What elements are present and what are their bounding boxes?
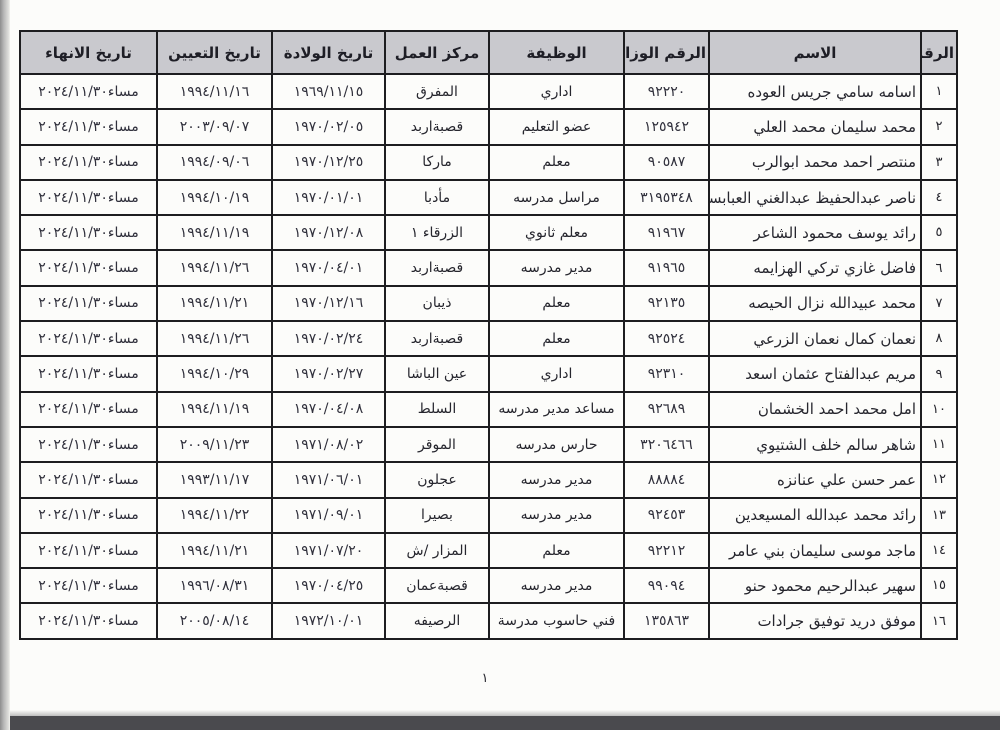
cell-job: مساعد مدير مدرسه [489,392,624,427]
cell-name: نعمان كمال نعمان الزرعي [709,321,921,356]
cell-ministry-no: ١٣٥٨٦٣ [624,603,709,638]
column-header-job: الوظيفة [489,31,624,74]
table-row: ١٢عمر حسن علي عنانزه٨٨٨٨٤مدير مدرسهعجلون… [20,462,957,497]
cell-num: ١٦ [921,603,957,638]
table-row: ١اسامه سامي جريس العوده٩٢٢٢٠اداريالمفرق١… [20,74,957,109]
cell-appoint-date: ١٩٩٤/١١/٢٦ [157,250,272,285]
cell-ministry-no: ٩٩٠٩٤ [624,568,709,603]
cell-ministry-no: ٩٠٥٨٧ [624,145,709,180]
cell-center: الرصيفه [385,603,489,638]
cell-num: ١٠ [921,392,957,427]
cell-appoint-date: ١٩٩٤/١٠/٢٩ [157,356,272,391]
cell-job: معلم [489,533,624,568]
cell-center: عين الباشا [385,356,489,391]
cell-end-date: مساء٢٠٢٤/١١/٣٠ [20,145,157,180]
cell-job: مدير مدرسه [489,498,624,533]
table-row: ٣منتصر احمد محمد ابوالرب٩٠٥٨٧معلمماركا١٩… [20,145,957,180]
cell-num: ١٤ [921,533,957,568]
cell-end-date: مساء٢٠٢٤/١١/٣٠ [20,109,157,144]
cell-job: معلم [489,321,624,356]
cell-name: امل محمد احمد الخشمان [709,392,921,427]
cell-num: ٣ [921,145,957,180]
cell-end-date: مساء٢٠٢٤/١١/٣٠ [20,286,157,321]
cell-job: حارس مدرسه [489,427,624,462]
column-header-end-date: تاريخ الانهاء [20,31,157,74]
table-header-row: الرقم الاسم الرقم الوزاري الوظيفة مركز ا… [20,31,957,74]
cell-center: عجلون [385,462,489,497]
cell-ministry-no: ٩٢٣١٠ [624,356,709,391]
cell-birth-date: ١٩٧٠/٠٢/٢٧ [272,356,385,391]
page-number: ١ [0,671,970,686]
table-row: ١٠امل محمد احمد الخشمان٩٢٦٨٩مساعد مدير م… [20,392,957,427]
cell-appoint-date: ٢٠٠٩/١١/٢٣ [157,427,272,462]
cell-num: ٨ [921,321,957,356]
cell-birth-date: ١٩٧٠/٠٤/٠١ [272,250,385,285]
scan-edge-bottom [7,716,1000,730]
cell-birth-date: ١٩٧١/٠٦/٠١ [272,462,385,497]
cell-center: قصبةاربد [385,250,489,285]
cell-appoint-date: ١٩٩٤/١١/١٩ [157,392,272,427]
cell-center: ماركا [385,145,489,180]
cell-job: مدير مدرسه [489,568,624,603]
table-row: ٩مريم عبدالفتاح عثمان اسعد٩٢٣١٠اداريعين … [20,356,957,391]
cell-end-date: مساء٢٠٢٤/١١/٣٠ [20,74,157,109]
cell-name: رائد يوسف محمود الشاعر [709,215,921,250]
cell-birth-date: ١٩٦٩/١١/١٥ [272,74,385,109]
column-header-ministry-no: الرقم الوزاري [624,31,709,74]
cell-ministry-no: ٩٢٢١٢ [624,533,709,568]
cell-appoint-date: ٢٠٠٣/٠٩/٠٧ [157,109,272,144]
table-row: ٥رائد يوسف محمود الشاعر٩١٩٦٧معلم ثانويال… [20,215,957,250]
table-row: ١١شاهر سالم خلف الشتيوي٣٢٠٦٤٦٦حارس مدرسه… [20,427,957,462]
cell-name: سهير عبدالرحيم محمود حنو [709,568,921,603]
cell-end-date: مساء٢٠٢٤/١١/٣٠ [20,356,157,391]
cell-end-date: مساء٢٠٢٤/١١/٣٠ [20,180,157,215]
cell-job: عضو التعليم [489,109,624,144]
cell-job: مراسل مدرسه [489,180,624,215]
cell-center: قصبةاربد [385,321,489,356]
cell-num: ٩ [921,356,957,391]
cell-ministry-no: ٣٢٠٦٤٦٦ [624,427,709,462]
cell-end-date: مساء٢٠٢٤/١١/٣٠ [20,533,157,568]
cell-birth-date: ١٩٧٠/٠١/٠١ [272,180,385,215]
cell-appoint-date: ١٩٩٤/١١/٢٢ [157,498,272,533]
cell-appoint-date: ١٩٩٤/١١/١٦ [157,74,272,109]
cell-birth-date: ١٩٧١/٠٨/٠٢ [272,427,385,462]
cell-num: ٢ [921,109,957,144]
cell-appoint-date: ٢٠٠٥/٠٨/١٤ [157,603,272,638]
cell-ministry-no: ٨٨٨٨٤ [624,462,709,497]
cell-ministry-no: ٣١٩٥٣٤٨ [624,180,709,215]
cell-end-date: مساء٢٠٢٤/١١/٣٠ [20,462,157,497]
table-row: ١٤ماجد موسى سليمان بني عامر٩٢٢١٢معلمالمز… [20,533,957,568]
cell-job: مدير مدرسه [489,250,624,285]
cell-name: منتصر احمد محمد ابوالرب [709,145,921,180]
cell-num: ١٢ [921,462,957,497]
cell-job: معلم [489,145,624,180]
cell-num: ١٣ [921,498,957,533]
table-row: ٤ناصر عبدالحفيظ عبدالغني العبابسه٣١٩٥٣٤٨… [20,180,957,215]
cell-center: السلط [385,392,489,427]
cell-end-date: مساء٢٠٢٤/١١/٣٠ [20,215,157,250]
cell-job: معلم [489,286,624,321]
column-header-birth-date: تاريخ الولادة [272,31,385,74]
cell-job: معلم ثانوي [489,215,624,250]
table-row: ٨نعمان كمال نعمان الزرعي٩٢٥٢٤معلمقصبةارب… [20,321,957,356]
cell-ministry-no: ٩٢١٣٥ [624,286,709,321]
cell-birth-date: ١٩٧٠/٠٢/٠٥ [272,109,385,144]
cell-num: ١١ [921,427,957,462]
cell-appoint-date: ١٩٩٣/١١/١٧ [157,462,272,497]
cell-birth-date: ١٩٧١/٠٩/٠١ [272,498,385,533]
cell-appoint-date: ١٩٩٤/٠٩/٠٦ [157,145,272,180]
cell-appoint-date: ١٩٩٤/١١/٢١ [157,533,272,568]
cell-end-date: مساء٢٠٢٤/١١/٣٠ [20,603,157,638]
cell-name: مريم عبدالفتاح عثمان اسعد [709,356,921,391]
cell-center: المفرق [385,74,489,109]
cell-end-date: مساء٢٠٢٤/١١/٣٠ [20,568,157,603]
cell-job: فني حاسوب مدرسة [489,603,624,638]
cell-center: بصيرا [385,498,489,533]
cell-name: فاضل غازي تركي الهزايمه [709,250,921,285]
cell-num: ٤ [921,180,957,215]
cell-appoint-date: ١٩٩٤/١١/٢١ [157,286,272,321]
cell-birth-date: ١٩٧٠/٠٤/٢٥ [272,568,385,603]
table-row: ٧محمد عبيدالله نزال الحيصه٩٢١٣٥معلمذيبان… [20,286,957,321]
cell-ministry-no: ٩١٩٦٧ [624,215,709,250]
cell-num: ٥ [921,215,957,250]
cell-appoint-date: ١٩٩٤/١١/١٩ [157,215,272,250]
cell-center: الموقر [385,427,489,462]
table-body: ١اسامه سامي جريس العوده٩٢٢٢٠اداريالمفرق١… [20,74,957,639]
cell-end-date: مساء٢٠٢٤/١١/٣٠ [20,498,157,533]
cell-center: قصبةعمان [385,568,489,603]
cell-ministry-no: ٩١٩٦٥ [624,250,709,285]
cell-end-date: مساء٢٠٢٤/١١/٣٠ [20,392,157,427]
cell-name: شاهر سالم خلف الشتيوي [709,427,921,462]
cell-center: مأدبا [385,180,489,215]
column-header-name: الاسم [709,31,921,74]
cell-birth-date: ١٩٧٠/٠٢/٢٤ [272,321,385,356]
cell-end-date: مساء٢٠٢٤/١١/٣٠ [20,250,157,285]
cell-center: ذيبان [385,286,489,321]
cell-name: رائد محمد عبدالله المسيعدين [709,498,921,533]
column-header-appoint-date: تاريخ التعيين [157,31,272,74]
cell-birth-date: ١٩٧٠/١٢/٠٨ [272,215,385,250]
cell-job: مدير مدرسه [489,462,624,497]
staff-table: الرقم الاسم الرقم الوزاري الوظيفة مركز ا… [19,30,958,640]
cell-birth-date: ١٩٧٢/١٠/٠١ [272,603,385,638]
cell-num: ٧ [921,286,957,321]
table-row: ١٥سهير عبدالرحيم محمود حنو٩٩٠٩٤مدير مدرس… [20,568,957,603]
cell-ministry-no: ٩٢٥٢٤ [624,321,709,356]
cell-num: ١ [921,74,957,109]
cell-birth-date: ١٩٧٠/١٢/٢٥ [272,145,385,180]
cell-ministry-no: ٩٢٢٢٠ [624,74,709,109]
scanned-document-page: الرقم الاسم الرقم الوزاري الوظيفة مركز ا… [0,0,1000,730]
cell-name: ماجد موسى سليمان بني عامر [709,533,921,568]
cell-name: محمد سليمان محمد العلي [709,109,921,144]
cell-appoint-date: ١٩٩٦/٠٨/٣١ [157,568,272,603]
cell-ministry-no: ٩٢٦٨٩ [624,392,709,427]
cell-name: محمد عبيدالله نزال الحيصه [709,286,921,321]
column-header-num: الرقم [921,31,957,74]
cell-center: الزرقاء ١ [385,215,489,250]
table-row: ١٣رائد محمد عبدالله المسيعدين٩٢٤٥٣مدير م… [20,498,957,533]
table-row: ٢محمد سليمان محمد العلي١٢٥٩٤٢عضو التعليم… [20,109,957,144]
cell-birth-date: ١٩٧١/٠٧/٢٠ [272,533,385,568]
cell-name: عمر حسن علي عنانزه [709,462,921,497]
cell-name: اسامه سامي جريس العوده [709,74,921,109]
cell-name: ناصر عبدالحفيظ عبدالغني العبابسه [709,180,921,215]
cell-end-date: مساء٢٠٢٤/١١/٣٠ [20,427,157,462]
cell-birth-date: ١٩٧٠/٠٤/٠٨ [272,392,385,427]
table-row: ١٦موفق دريد توفيق جرادات١٣٥٨٦٣فني حاسوب … [20,603,957,638]
cell-appoint-date: ١٩٩٤/١١/٢٦ [157,321,272,356]
cell-num: ١٥ [921,568,957,603]
cell-job: اداري [489,356,624,391]
cell-ministry-no: ١٢٥٩٤٢ [624,109,709,144]
scan-edge-left [0,0,10,730]
cell-center: المزار /ش [385,533,489,568]
cell-end-date: مساء٢٠٢٤/١١/٣٠ [20,321,157,356]
cell-job: اداري [489,74,624,109]
cell-center: قصبةاربد [385,109,489,144]
cell-name: موفق دريد توفيق جرادات [709,603,921,638]
table-row: ٦فاضل غازي تركي الهزايمه٩١٩٦٥مدير مدرسهق… [20,250,957,285]
cell-birth-date: ١٩٧٠/١٢/١٦ [272,286,385,321]
cell-appoint-date: ١٩٩٤/١٠/١٩ [157,180,272,215]
cell-num: ٦ [921,250,957,285]
column-header-center: مركز العمل [385,31,489,74]
cell-ministry-no: ٩٢٤٥٣ [624,498,709,533]
